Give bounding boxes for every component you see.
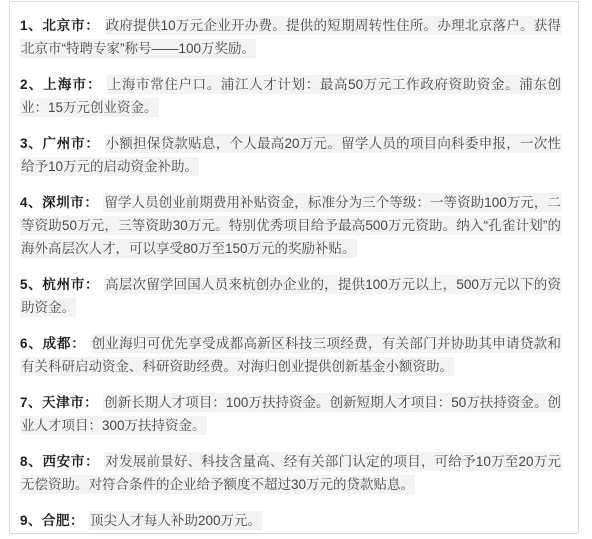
item-label-shanghai: 2、上海市：	[20, 77, 102, 92]
list-item-beijing: 1、北京市：政府提供10万元企业开办费。提供的短期周转性住所。办理北京落户。获得…	[20, 14, 562, 60]
item-label-tianjin: 7、天津市：	[20, 395, 98, 410]
list-item-tianjin: 7、天津市：创新长期人才项目：100万扶持资金。创新短期人才项目：50万扶持资金…	[20, 391, 562, 437]
item-label-guangzhou: 3、广州市：	[20, 136, 100, 151]
item-text-hefei: 顶尖人才每人补助200万元。	[89, 511, 262, 530]
item-label-shenzhen: 4、深圳市：	[20, 195, 98, 210]
list-item-shanghai: 2、上海市：上海市常住户口。浦江人才计划：最高50万元工作政府资助资金。浦东创业…	[20, 73, 562, 119]
item-text-xian: 对发展前景好、科技含量高、经有关部门认定的项目，可给予10万至20万元无偿资助。…	[20, 452, 562, 494]
item-label-hefei: 9、合肥：	[20, 513, 84, 528]
item-label-chengdu: 6、成都：	[20, 336, 86, 351]
item-label-beijing: 1、北京市：	[20, 18, 100, 33]
list-item-chengdu: 6、成都：创业海归可优先享受成都高新区科技三项经费，有关部门并协助其申请贷款和有…	[20, 332, 562, 378]
item-text-guangzhou: 小额担保贷款贴息，个人最高20万元。留学人员的项目向科委申报，一次性给予10万元…	[20, 134, 562, 176]
list-item-shenzhen: 4、深圳市：留学人员创业前期费用补贴资金，标准分为三个等级：一等资助100万元，…	[20, 191, 562, 260]
item-text-tianjin: 创新长期人才项目：100万扶持资金。创新短期人才项目：50万扶持资金。创业人才项…	[20, 393, 562, 435]
list-item-xian: 8、西安市：对发展前景好、科技含量高、经有关部门认定的项目，可给予10万至20万…	[20, 450, 562, 496]
item-text-chengdu: 创业海归可优先享受成都高新区科技三项经费，有关部门并协助其申请贷款和有关科研启动…	[20, 334, 562, 376]
item-text-beijing: 政府提供10万元企业开办费。提供的短期周转性住所。办理北京落户。获得北京市“特聘…	[20, 16, 562, 58]
subsidy-policy-card: 1、北京市：政府提供10万元企业开办费。提供的短期周转性住所。办理北京落户。获得…	[9, 1, 579, 534]
item-text-hangzhou: 高层次留学回国人员来杭创办企业的，提供100万元以上，500万元以下的资助资金。	[20, 275, 562, 317]
item-text-shenzhen: 留学人员创业前期费用补贴资金，标准分为三个等级：一等资助100万元，二等资助50…	[20, 193, 562, 258]
list-item-guangzhou: 3、广州市：小额担保贷款贴息，个人最高20万元。留学人员的项目向科委申报，一次性…	[20, 132, 562, 178]
item-label-hangzhou: 5、杭州市：	[20, 277, 99, 292]
list-item-hefei: 9、合肥：顶尖人才每人补助200万元。	[20, 509, 562, 532]
list-item-hangzhou: 5、杭州市：高层次留学回国人员来杭创办企业的，提供100万元以上，500万元以下…	[20, 273, 562, 319]
item-label-xian: 8、西安市：	[20, 454, 99, 469]
